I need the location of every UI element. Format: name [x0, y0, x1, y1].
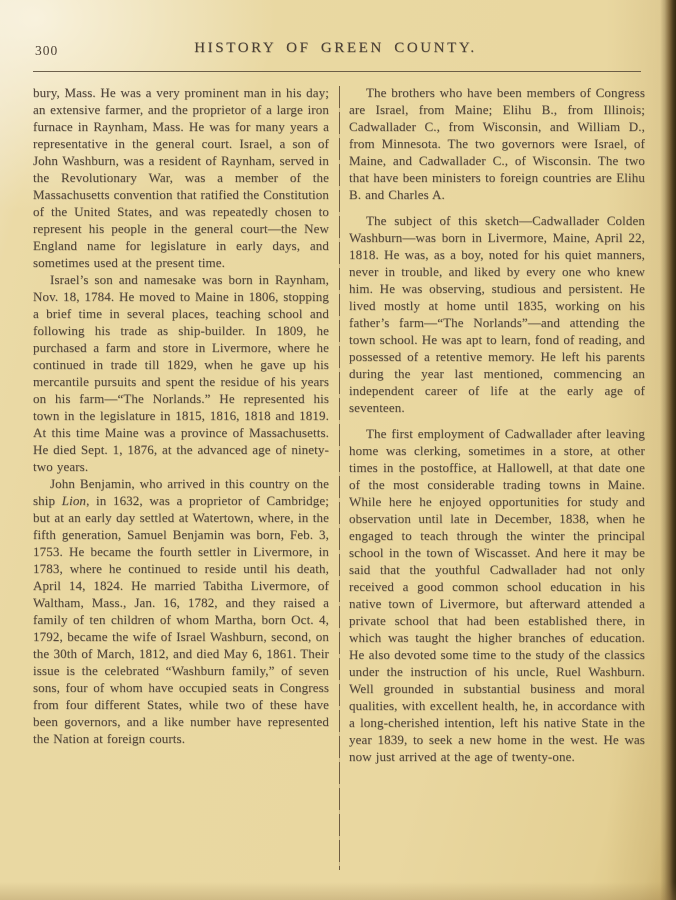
header-rule [33, 71, 641, 72]
paragraph-right-1: The brothers who have been members of Co… [349, 84, 645, 203]
paragraph-right-2: The subject of this sketch—Cadwallader C… [349, 212, 645, 416]
page-edge-right [660, 0, 676, 900]
paragraph-right-3: The first employment of Cadwallader afte… [349, 425, 645, 765]
column-divider-rule [339, 86, 340, 870]
text-columns: bury, Mass. He was a very prominent man … [33, 84, 645, 900]
ship-name-italic: Lion [62, 493, 86, 508]
page-number: 300 [35, 43, 58, 59]
left-column: bury, Mass. He was a very prominent man … [33, 84, 329, 900]
paragraph-left-3: John Benjamin, who arrived in this count… [33, 475, 329, 747]
paragraph-left-2: Israel’s son and namesake was born in Ra… [33, 271, 329, 475]
paragraph-left-1: bury, Mass. He was a very prominent man … [33, 84, 329, 271]
book-page: 300 HISTORY OF GREEN COUNTY. bury, Mass.… [0, 0, 676, 900]
right-column: The brothers who have been members of Co… [349, 84, 645, 900]
running-header-title: HISTORY OF GREEN COUNTY. [33, 40, 638, 57]
paragraph-left-3-post: , in 1632, was a proprietor of Cambridge… [33, 493, 329, 746]
running-header: 300 HISTORY OF GREEN COUNTY. [33, 40, 638, 62]
